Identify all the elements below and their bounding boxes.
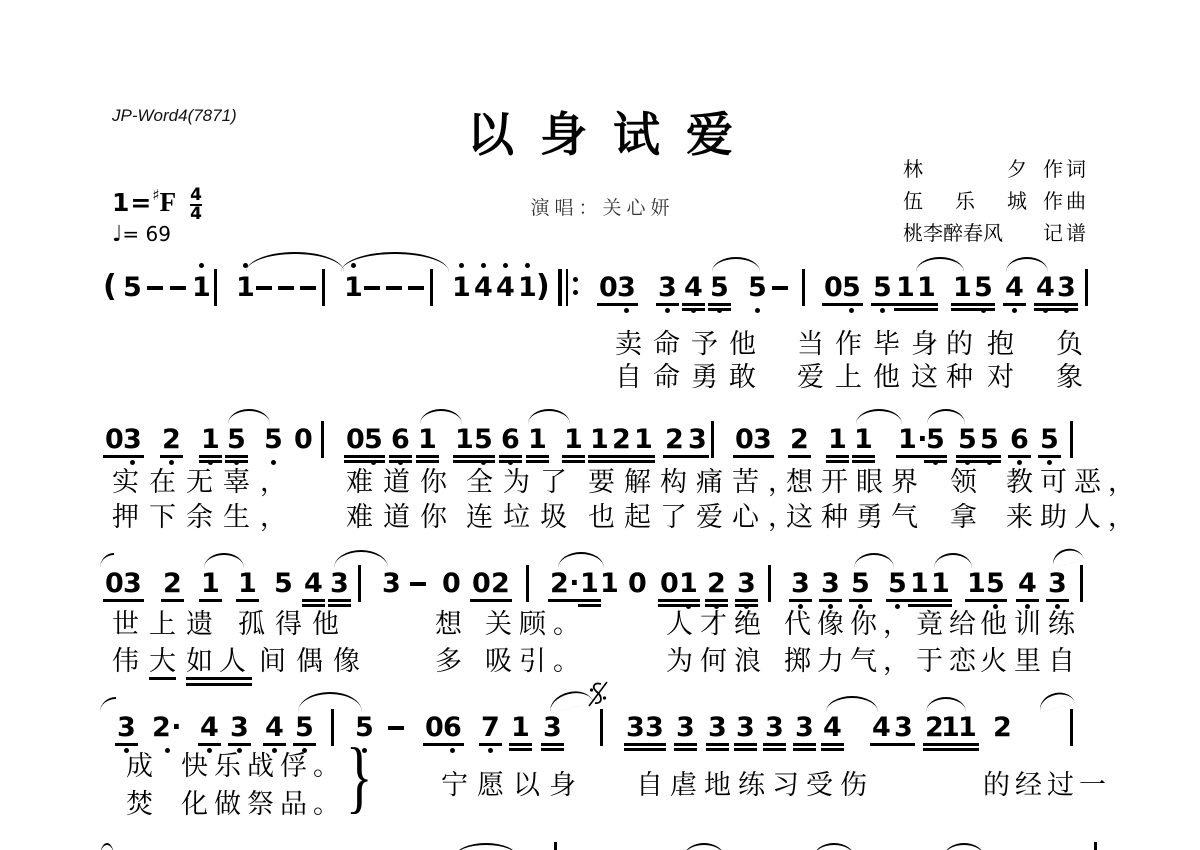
parenthesis: ( [103, 269, 117, 304]
tempo-value: = 69 [122, 222, 171, 246]
note: 5 [984, 568, 1007, 602]
duration-dash [408, 286, 424, 290]
music-system: 32·434550671333333334432112 [0, 712, 1200, 754]
note: 1 [588, 424, 611, 463]
barline [1070, 709, 1073, 746]
time-bottom: 4 [190, 207, 202, 222]
note: 1 [450, 272, 473, 303]
note: 1 [190, 272, 213, 303]
lyric: 卖命予他 [615, 329, 767, 360]
barline [768, 565, 771, 602]
credit-name-part: 城 [1007, 192, 1027, 213]
note: 1 [199, 424, 222, 463]
slur-arc [528, 409, 570, 424]
note: 2 [663, 424, 686, 458]
lyric: 拿 [950, 502, 977, 533]
barline [322, 269, 325, 306]
note: 3 [380, 568, 403, 599]
note: 4 [494, 272, 517, 303]
duration-dash [386, 286, 402, 290]
cutoff-slur-arc [944, 843, 984, 850]
note: 4 [472, 272, 495, 303]
note: 4 [870, 712, 893, 746]
barline [358, 565, 361, 602]
note: 5 [978, 424, 1001, 463]
lyric: 种对 [946, 362, 1028, 393]
time-top: 4 [190, 188, 202, 203]
music-system: (51111441)0334550551115443 [0, 272, 1200, 314]
duration-dash [256, 286, 272, 290]
note: 5 [924, 424, 947, 463]
note: 5 [472, 424, 495, 463]
barline [1085, 269, 1088, 306]
key-prefix: 1= [112, 188, 152, 217]
credit-row: 桃李醉春风记谱 [903, 224, 1103, 245]
lyric: 来助人， [1006, 502, 1142, 533]
lyric: 象 [1056, 362, 1083, 393]
lyric: 连垃圾 [466, 502, 577, 533]
cutoff-slur-arc [455, 843, 517, 850]
slur-arc [341, 252, 449, 272]
time-signature: 4 4 [190, 188, 202, 222]
slur-arc [100, 697, 116, 712]
note: 1 [894, 272, 917, 311]
lyric: 自虐地练习受伤 [636, 770, 874, 801]
slur-arc [100, 553, 114, 568]
duration-dash [772, 286, 788, 290]
note: 1 [236, 568, 259, 602]
note: 5 [886, 568, 909, 602]
lyric: 难道你 [346, 502, 457, 533]
note: 3 [1055, 272, 1078, 311]
sharp-icon: ♯ [152, 186, 159, 204]
lyric: 自命勇敢 [615, 362, 767, 393]
lyric: 宁愿以身 [441, 770, 585, 801]
slur-arc [1006, 257, 1048, 272]
note: 1 [826, 424, 849, 463]
note: 3 [228, 712, 251, 746]
note: 2· [548, 568, 582, 602]
note: 1 [234, 272, 257, 303]
note: 3 [615, 272, 638, 306]
note: 3 [751, 424, 774, 458]
note: 5 [956, 424, 979, 463]
barline [321, 421, 324, 458]
duration-dash [300, 286, 316, 290]
note: 4 [682, 272, 705, 311]
note: 2 [788, 424, 811, 458]
credit-name-part: 夕 [1007, 160, 1027, 181]
parenthesis: ) [536, 269, 550, 304]
note: 3 [115, 712, 138, 746]
note: 1 [951, 272, 974, 311]
lyric: 他训练 [980, 609, 1082, 640]
lyric: 要解构痛苦， [588, 467, 804, 498]
lyric: 为何浪 [666, 646, 768, 677]
note: 2 [161, 568, 184, 602]
lyric: 的经过一 [983, 770, 1111, 801]
note: 1 [632, 424, 655, 463]
note: 5 [871, 272, 894, 306]
note: 1 [342, 272, 365, 303]
note: 6 [499, 424, 522, 463]
note: 5 [708, 272, 731, 311]
note: 5 [121, 272, 144, 303]
note: 3 [541, 712, 564, 751]
note: 4 [1003, 272, 1026, 306]
note: 3 [121, 568, 144, 602]
segno-glyph [588, 681, 608, 707]
lyric: 快乐战俘。 [181, 751, 346, 782]
note: 5 [272, 568, 295, 599]
slur-arc [420, 409, 462, 424]
lyric: 大 [149, 646, 176, 680]
lyric: 全为了 [466, 467, 577, 498]
cutoff-slur-arc [100, 843, 114, 850]
lyric: 难道你 [346, 467, 457, 498]
note: 5 [972, 272, 995, 311]
note: 5 [225, 424, 248, 463]
credit-name-part: 伍 [903, 192, 923, 213]
lyric: 领 [950, 467, 977, 498]
note: 2 [160, 424, 183, 458]
note: 3 [686, 424, 709, 458]
barline [711, 421, 714, 458]
cutoff-barline [1094, 842, 1097, 850]
credit-name: 桃李醉春风 [903, 224, 1027, 245]
note: 3 [121, 424, 144, 458]
duration-dash [278, 286, 294, 290]
key-letter: F [160, 187, 177, 217]
note: 1 [677, 568, 700, 607]
lyric: 掷力气，于恋 [784, 646, 982, 677]
slur-arc [298, 692, 362, 712]
note: 3 [734, 712, 757, 751]
lyric: 实在无辜， [112, 467, 297, 498]
note: 5 [746, 272, 769, 303]
note: 1 [852, 424, 875, 463]
slur-arc [856, 409, 902, 424]
lyric: 这种勇气 [786, 502, 926, 533]
note: 4 [198, 712, 221, 746]
lyric: 人才绝 [666, 609, 768, 640]
lyric: 化做祭品。 [181, 789, 346, 820]
lyric: 也起了爱心， [588, 502, 804, 533]
barline [430, 269, 433, 306]
duration-dash [410, 582, 426, 586]
lyric: 负 [1056, 329, 1083, 360]
note: 3 [892, 712, 915, 746]
duration-dash [388, 726, 404, 730]
barline [1080, 565, 1083, 602]
slur-arc [916, 257, 964, 272]
slur-arc [927, 409, 965, 424]
note: 6 [1008, 424, 1031, 458]
lyric: 想 [435, 609, 462, 640]
slur-arc [204, 553, 244, 568]
barline [331, 709, 334, 746]
barline [600, 709, 603, 746]
barline [1070, 421, 1073, 458]
lyric: 押下余生， [112, 502, 297, 533]
cutoff-barline [554, 842, 557, 850]
slur-arc [926, 697, 966, 712]
note: 5 [849, 568, 872, 602]
note: 4 [1034, 272, 1057, 311]
credit-name: 伍乐城 [903, 192, 1027, 213]
note: 2 [991, 712, 1014, 743]
slur-arc [854, 553, 894, 568]
credit-name-part: 乐 [955, 192, 975, 213]
music-system: 0321154330022·11001233355111543 [0, 568, 1200, 610]
note: 3 [643, 712, 666, 751]
lyric: 火里自 [980, 646, 1082, 677]
barline [526, 565, 529, 602]
lyrics-brace: } [346, 742, 373, 812]
note: 1 [509, 712, 532, 751]
note: 1 [526, 424, 549, 463]
note: 4 [263, 712, 286, 746]
credit-name-part: 林 [903, 160, 923, 181]
lyric: 当作毕身 [797, 329, 949, 360]
note: 0 [440, 568, 463, 599]
barline [802, 269, 805, 306]
note: 1 [929, 568, 952, 607]
note: 1 [416, 424, 439, 463]
note: 0 [626, 568, 649, 599]
slur-arc [826, 696, 878, 712]
note: 4 [1016, 568, 1039, 602]
note: 5 [840, 272, 863, 306]
repeat-sign [558, 269, 582, 306]
note: 5 [293, 712, 316, 746]
credit-name-part: 桃李醉春风 [903, 224, 1003, 245]
quarter-note-icon: ♩ [112, 222, 122, 247]
cutoff-slur-arc [684, 843, 724, 850]
note: 2 [705, 568, 728, 607]
note: 2 [489, 568, 512, 602]
lyric: 间偶像 [259, 646, 370, 677]
note: 5 [262, 424, 285, 455]
duration-dash [170, 286, 186, 290]
note: 6 [441, 712, 464, 746]
lyric: 爱上他这 [797, 362, 949, 393]
slur-arc [558, 552, 604, 568]
key-signature: 1=♯F 4 4 [112, 186, 202, 222]
note: 4 [302, 568, 325, 607]
lyric: 想开眼界 [786, 467, 926, 498]
tempo-marking: ♩= 69 [112, 222, 171, 247]
note: 3 [763, 712, 786, 751]
slur-arc [334, 550, 388, 568]
note: 3 [1046, 568, 1069, 602]
lyric: 的抱 [946, 329, 1028, 360]
lyric: 关顾。 [485, 609, 587, 640]
note: 5 [1038, 424, 1061, 458]
note: 7 [479, 712, 502, 746]
note: 2· [150, 712, 184, 743]
credit-role: 作曲 [1043, 192, 1089, 213]
credit-role: 作词 [1043, 160, 1089, 181]
note: 1 [956, 712, 979, 751]
credit-role: 记谱 [1043, 224, 1089, 245]
credits-block: 林夕作词伍乐城作曲桃李醉春风记谱 [903, 160, 1103, 256]
lyric: 如人 [186, 646, 252, 686]
note: 3 [706, 712, 729, 751]
note: 6 [389, 424, 412, 463]
duration-dash [147, 286, 163, 290]
slur-arc [228, 409, 270, 424]
note: 1 [199, 568, 222, 602]
song-title: 以身试爱 [0, 98, 1200, 165]
lyric: 伟 [112, 646, 139, 677]
note: 0 [292, 424, 315, 455]
credit-row: 林夕作词 [903, 160, 1103, 181]
sheet-music-page: JP-Word4(7871) 以身试爱 演唱：关心妍 1=♯F 4 4 ♩= 6… [0, 0, 1200, 850]
cutoff-slur-arc [814, 843, 854, 850]
note: 3 [328, 568, 351, 607]
note: 3 [789, 568, 812, 602]
credit-row: 伍乐城作曲 [903, 192, 1103, 213]
note: 3 [656, 272, 679, 306]
credit-name: 林夕 [903, 160, 1027, 181]
note: 1 [598, 568, 621, 599]
barline [214, 269, 217, 306]
note: 5 [362, 424, 385, 463]
note: 3 [819, 568, 842, 602]
slur-arc [934, 553, 972, 568]
slur-arc [712, 257, 760, 272]
note: 1 [562, 424, 585, 463]
duration-dash [364, 286, 380, 290]
lyric: 吸引。 [485, 646, 587, 677]
note: 2 [610, 424, 633, 463]
slur-arc [547, 687, 594, 713]
lyric: 孤得他 [238, 609, 349, 640]
lyric: 教可恶， [1006, 467, 1142, 498]
note: 1 [915, 272, 938, 311]
note: 3 [793, 712, 816, 751]
note: 3 [735, 568, 758, 607]
note: 4 [821, 712, 844, 751]
segno-icon [588, 681, 608, 712]
lyric: 世上遗 [112, 609, 223, 640]
slur-arc [246, 252, 344, 272]
lyric: 成 [126, 751, 153, 782]
note: 1 [908, 568, 931, 607]
lyric: 代像你，竟给 [784, 609, 982, 640]
lyric: 多 [435, 646, 462, 677]
note: 3 [674, 712, 697, 751]
music-system: 032155005611561112123032111·55565 [0, 424, 1200, 466]
lyric: 焚 [126, 789, 153, 820]
